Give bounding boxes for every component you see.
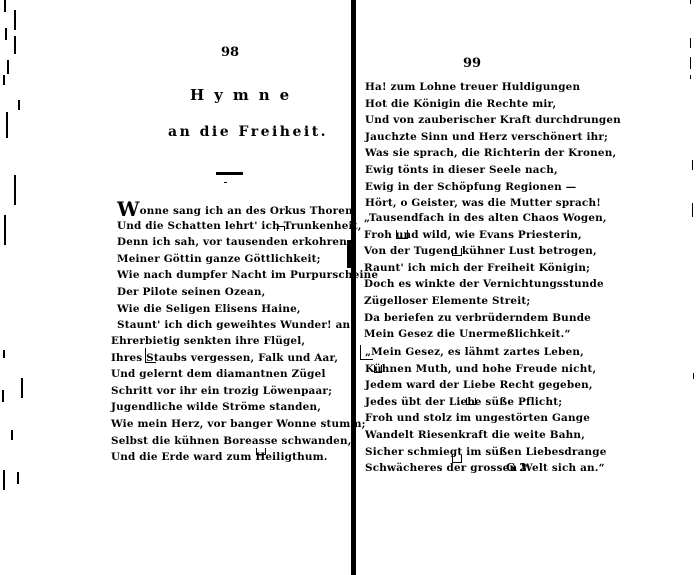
verse-line: Mein Gesez die Unermeßlichkeit.“ — [364, 326, 607, 343]
correction-mark — [374, 365, 382, 373]
page-number: 99 — [463, 56, 481, 71]
verse-line: Jedes übt der Liebe süße Pflicht; — [365, 394, 607, 411]
verse-line: Sicher schmiegt im süßen Liebesdrange — [365, 444, 607, 461]
verse-line: Von der Tugend kühner Lust betrogen, — [364, 243, 607, 260]
verse-line: Wonne sang ich an des Orkus Thoren, — [117, 201, 378, 218]
verse-line: Und die Schatten lehrt' ich Trunkenheit, — [117, 218, 378, 235]
verse-line: Der Pilote seinen Ozean, — [117, 284, 378, 301]
correction-mark — [396, 230, 408, 239]
correction-mark — [466, 398, 476, 405]
right-page: 99 Ha! zum Lohne treuer Huldigungen Hot … — [356, 0, 698, 575]
correction-mark — [452, 248, 462, 256]
verse-line: Denn ich sah, vor tausenden erkohren, — [117, 234, 378, 251]
verse-line: Und von zauberischer Kraft durchdrungen — [365, 112, 621, 129]
poem-title: Hymne — [190, 86, 299, 104]
verse-line: „Tausendfach in des alten Chaos Wogen, — [364, 210, 607, 227]
gutter-shadow — [347, 240, 351, 268]
correction-mark — [277, 226, 285, 231]
verse-line: Wandelt Riesenkraft die weite Bahn, — [365, 427, 607, 444]
page-number: 98 — [221, 45, 239, 60]
verse-line: Ewig tönts in dieser Seele nach, — [365, 162, 621, 179]
poem-subtitle: an die Freiheit. — [168, 124, 328, 140]
verse-line: Und gelernt dem diamantnen Zügel — [111, 366, 366, 383]
verse-line: Froh und stolz im ungestörten Gange — [365, 410, 607, 427]
verse-line: Jedem ward der Liebe Recht gegeben, — [365, 377, 607, 394]
verse-line: Da beriefen zu verbrüderndem Bunde — [364, 310, 607, 327]
verse-line: Wie nach dumpfer Nacht im Purpurscheine — [117, 267, 378, 284]
verse-line: Wie die Seligen Elisens Haine, — [117, 301, 378, 318]
verse-line: Meiner Göttin ganze Göttlichkeit; — [117, 251, 378, 268]
correction-mark — [360, 345, 373, 360]
verse-line: Hot die Königin die Rechte mir, — [365, 96, 621, 113]
verse-line: Doch es winkte der Vernichtungsstunde — [364, 276, 607, 293]
verse-line: Ewig in der Schöpfung Regionen — — [365, 179, 621, 196]
verse-line: Selbst die kühnen Boreasse schwanden, — [111, 433, 366, 450]
verse-line: Zügelloser Elemente Streit; — [364, 293, 607, 310]
verse-line: Ha! zum Lohne treuer Huldigungen — [365, 79, 621, 96]
verse-line: Und die Erde ward zum Heiligthum. — [111, 449, 366, 466]
correction-mark — [145, 348, 156, 363]
verse-line: Schritt vor ihr ein trozig Löwenpaar; — [111, 383, 366, 400]
correction-mark — [256, 448, 266, 455]
verse-line: Jauchzte Sinn und Herz verschönert ihr; — [365, 129, 621, 146]
stanza: Ha! zum Lohne treuer Huldigungen Hot die… — [365, 79, 621, 212]
verse-line: Schwächeres der grossen Welt sich an.“ — [365, 460, 607, 477]
stanza: Wonne sang ich an des Orkus Thoren, Und … — [117, 201, 378, 334]
verse-line: Kühnen Muth, und hohe Freude nicht, — [365, 361, 607, 378]
verse-line: Was sie sprach, die Richterin der Kronen… — [365, 145, 621, 162]
stanza: „Mein Gesez, es lähmt zartes Leben, Kühn… — [365, 344, 607, 477]
correction-mark — [452, 455, 462, 463]
left-page: 98 Hymne an die Freiheit. Wonne sang ich… — [0, 0, 352, 575]
divider-dot — [224, 182, 227, 183]
title-divider — [216, 172, 243, 175]
book-spread: 98 Hymne an die Freiheit. Wonne sang ich… — [0, 0, 698, 575]
signature-mark: G 2 — [506, 461, 527, 474]
verse-line: Jugendliche wilde Ströme standen, — [111, 399, 366, 416]
verse-line: Raunt' ich mich der Freiheit Königin; — [364, 260, 607, 277]
verse-line: „Mein Gesez, es lähmt zartes Leben, — [365, 344, 607, 361]
verse-line: Wie mein Herz, vor banger Wonne stumm; — [111, 416, 366, 433]
verse-line: Staunt' ich dich geweihtes Wunder! an. — [117, 317, 378, 334]
